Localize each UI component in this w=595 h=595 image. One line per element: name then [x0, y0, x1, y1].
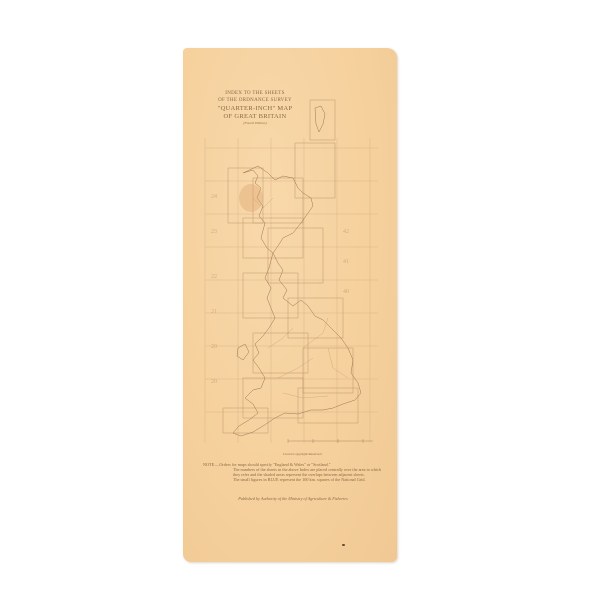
svg-text:20: 20	[211, 344, 217, 350]
svg-text:21: 21	[211, 309, 217, 315]
sheet-outlines	[223, 100, 358, 433]
coastline	[233, 106, 361, 436]
paper-speck	[342, 544, 345, 546]
publisher-line: Published by Authority of the Ministry o…	[203, 496, 383, 501]
svg-text:22: 22	[211, 274, 217, 280]
svg-text:40: 40	[343, 289, 349, 295]
copyright-credit: Crown Copyright Reserved	[283, 452, 322, 456]
svg-text:24: 24	[211, 194, 217, 200]
note-paragraph-2: The small figures in BLUE represent the …	[203, 477, 385, 482]
svg-text:42: 42	[343, 229, 349, 235]
map-index-cover: INDEX TO THE SHEETS OF THE ORDNANCE SURV…	[183, 48, 397, 562]
scale-bar	[288, 439, 373, 443]
note-paragraph-1: The numbers of the sheets in the above I…	[203, 467, 385, 477]
grid-lines	[205, 138, 378, 443]
grid-labels: 24 23 22 21 20 20 42 41 40	[211, 194, 349, 385]
note-block: NOTE.—Orders for maps should specify "En…	[203, 462, 385, 482]
svg-text:41: 41	[343, 259, 349, 265]
svg-text:23: 23	[211, 229, 217, 235]
index-map: 24 23 22 21 20 20 42 41 40	[183, 48, 397, 562]
svg-text:20: 20	[211, 379, 217, 385]
